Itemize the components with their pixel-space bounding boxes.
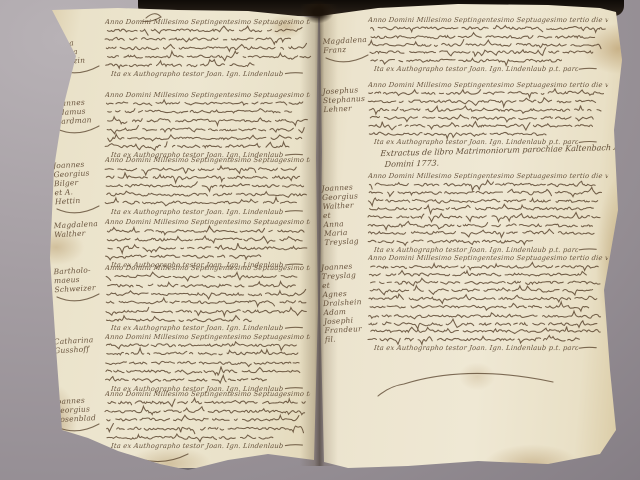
entry-opening-line: Anno Domini Millesimo Septingentesimo Se… [105,264,311,272]
entry-margin-name: JoannesGeorgiusRosenblad [53,395,102,424]
entry-closing-line: Ita ex Authographo testor Joan. Ign. Lin… [111,324,286,332]
entry-closing-line: Ita ex Authographo testor Joan. Ign. Lin… [111,70,286,78]
entry-margin-name: MagdalenaWalther [54,219,103,239]
entry-margin-name: JoannesGeorgiusBilgeret A.Hettin [53,159,103,206]
entry-closing-line: Ita ex Authographo testor Joan. Ign. Lin… [374,65,579,73]
right-page: Extractus de libro Matrimoniorum parochi… [318,2,624,470]
entry-opening-line: Anno Domini Millesimo Septingentesimo Se… [368,81,609,89]
entry-opening-line: Anno Domini Millesimo Septingentesimo Se… [105,156,311,164]
entry-margin-name: JoannesAdamusHardman [53,97,102,126]
entry-opening-line: Anno Domini Millesimo Septingentesimo Se… [105,18,311,26]
entry-closing-line: Ita ex Authographo testor Joan. Ign. Lin… [374,138,579,146]
entry-opening-line: Anno Domini Millesimo Septingentesimo Se… [105,218,311,226]
entry-opening-line: Anno Domini Millesimo Septingentesimo Se… [105,333,311,341]
entry-margin-name: AnnaMariaFranzin [53,37,102,66]
entry-margin-name: Bartholo-maeusSchweizer [53,265,102,294]
entry-closing-line: Ita ex Authographo testor Joan. Ign. Lin… [111,442,286,450]
entry-closing-line: Ita ex Authographo testor Joan. Ign. Lin… [111,208,286,216]
entry-closing-line: Ita ex Authographo testor Joan. Ign. Lin… [374,344,579,352]
entry-margin-name: MagdalenaFranz [323,35,368,55]
left-page: AnnaMariaFranzinAnno Domini Millesimo Se… [48,8,318,468]
entry-closing-line: Ita ex Authographo testor Joan. Ign. Lin… [374,246,579,254]
entry-margin-name: JosephusStephanusLehner [322,85,367,114]
entry-opening-line: Anno Domini Millesimo Septingentesimo Se… [368,16,609,24]
entry-opening-line: Anno Domini Millesimo Septingentesimo Se… [105,91,311,99]
archival-manuscript-scan: AnnaMariaFranzinAnno Domini Millesimo Se… [0,0,640,480]
entry-margin-name: JoannesTreyslagetAgnesDralsheinAdamJosep… [321,261,369,344]
entry-margin-name: CatharinaGusshoff [54,335,103,355]
entry-opening-line: Anno Domini Millesimo Septingentesimo Se… [368,254,609,262]
entry-opening-line: Anno Domini Millesimo Septingentesimo Se… [105,390,311,398]
entry-opening-line: Anno Domini Millesimo Septingentesimo Se… [368,172,609,180]
entry-margin-name: JoannesGeorgiusWaltheretAnnaMariaTreysla… [321,182,368,247]
